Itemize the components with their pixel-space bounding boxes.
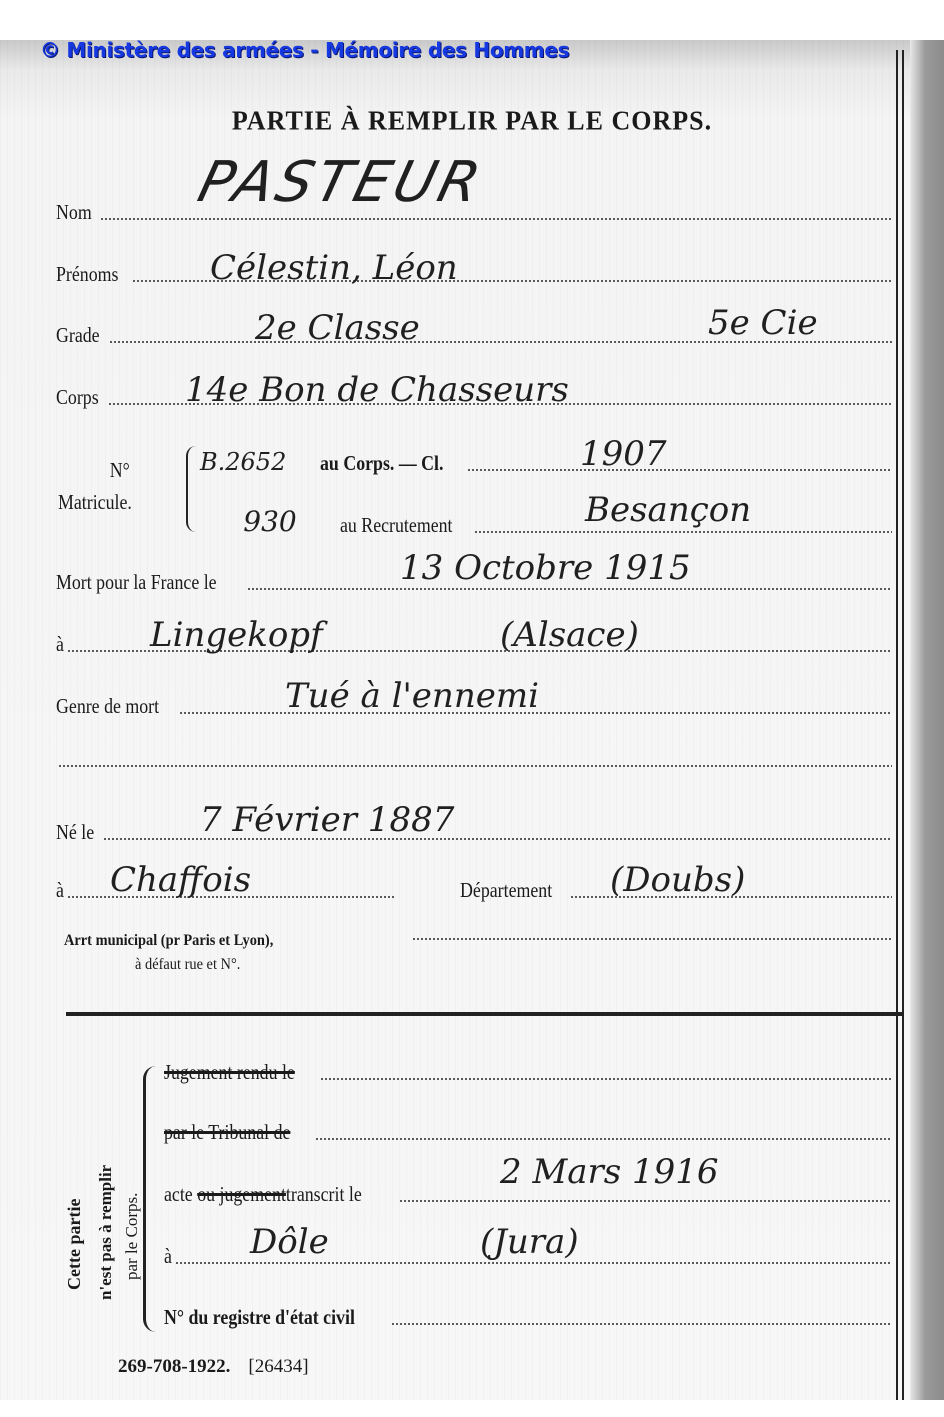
paper-edge-shadow — [910, 40, 944, 1400]
field-prenoms: Prénoms — [56, 262, 892, 287]
label-corps: Corps — [56, 385, 99, 410]
field-matricule-corps: B.2652 au Corps. — Cl. — [200, 448, 892, 476]
label-grade: Grade — [56, 323, 100, 348]
value-genre-mort: Tué à l'ennemi — [285, 676, 539, 716]
label-matricule-no: N° — [110, 458, 130, 483]
side-note-line-1: Cette partie — [64, 1199, 85, 1290]
field-jugement: Jugement rendu le — [164, 1060, 892, 1085]
label-acte: acte ou jugementtranscrit le — [164, 1182, 362, 1207]
value-classe: 1907 — [580, 434, 667, 474]
civil-brace — [143, 1066, 156, 1332]
label-matricule: Matricule. — [58, 490, 132, 515]
label-lieu-transcription: à — [164, 1244, 172, 1269]
field-blank-line — [56, 765, 892, 772]
label-ne-le: Né le — [56, 820, 94, 845]
side-note-line-3: par le Corps. — [122, 1193, 142, 1280]
value-grade: 2e Classe — [255, 308, 420, 348]
label-genre-mort: Genre de mort — [56, 694, 159, 719]
label-lieu-naissance: à — [56, 878, 64, 903]
section-divider — [66, 1012, 902, 1016]
value-departement: (Doubs) — [610, 860, 745, 900]
value-mort: 13 Octobre 1915 — [400, 548, 691, 588]
value-matricule-corps: B.2652 — [200, 448, 320, 476]
form-number: [26434] — [248, 1356, 308, 1377]
value-lieu-transcription: Dôle — [250, 1222, 329, 1262]
margin-rule — [896, 50, 898, 1400]
label-registre: N° du registre d'état civil — [164, 1305, 355, 1330]
field-ne-le: Né le — [56, 820, 892, 845]
label-lieu-mort: à — [56, 632, 64, 657]
matricule-brace — [186, 446, 196, 532]
value-matricule-recrutement: 930 — [200, 505, 340, 538]
copyright-watermark: © Ministère des armées - Mémoire des Hom… — [40, 38, 569, 62]
form-heading: PARTIE À REMPLIR PAR LE CORPS. — [0, 105, 944, 137]
value-lieu-naissance: Chaffois — [110, 860, 251, 900]
side-note-line-2: n'est pas à remplir — [96, 1165, 116, 1300]
value-lieu-transcription-dept: (Jura) — [480, 1222, 579, 1262]
value-acte-date: 2 Mars 1916 — [500, 1152, 719, 1192]
value-nom: PASTEUR — [192, 150, 491, 215]
margin-rule — [902, 50, 904, 1400]
field-matricule-recrutement: 930 au Recrutement — [200, 505, 892, 538]
value-lieu-mort-region: (Alsace) — [500, 615, 639, 655]
print-code: 269-708-1922. — [118, 1356, 230, 1377]
value-lieu-mort: Lingekopf — [150, 615, 323, 655]
print-footer: 269-708-1922.[26434] — [118, 1356, 309, 1378]
label-jugement: Jugement rendu le — [164, 1060, 295, 1085]
label-arrondissement-sub: à défaut rue et N°. — [135, 956, 240, 974]
field-arrondissement — [410, 938, 892, 945]
label-recrutement: au Recrutement — [340, 513, 453, 538]
label-arrondissement: Arrt municipal (pr Paris et Lyon), — [64, 932, 273, 950]
label-prenoms: Prénoms — [56, 262, 118, 287]
label-nom: Nom — [56, 200, 92, 225]
label-tribunal: par le Tribunal de — [164, 1120, 290, 1145]
value-corps: 14e Bon de Chasseurs — [185, 370, 569, 410]
label-departement: Département — [460, 878, 552, 903]
value-recrutement-place: Besançon — [585, 490, 751, 530]
value-prenoms: Célestin, Léon — [210, 248, 458, 288]
field-registre: N° du registre d'état civil — [164, 1305, 892, 1330]
value-company: 5e Cie — [708, 303, 818, 343]
side-note: Cette partie n'est pas à remplir par le … — [60, 1080, 150, 1300]
label-au-corps: au Corps. — Cl. — [320, 451, 443, 476]
label-mort: Mort pour la France le — [56, 570, 217, 595]
field-tribunal: par le Tribunal de — [164, 1120, 892, 1145]
value-ne-le: 7 Février 1887 — [200, 800, 454, 840]
